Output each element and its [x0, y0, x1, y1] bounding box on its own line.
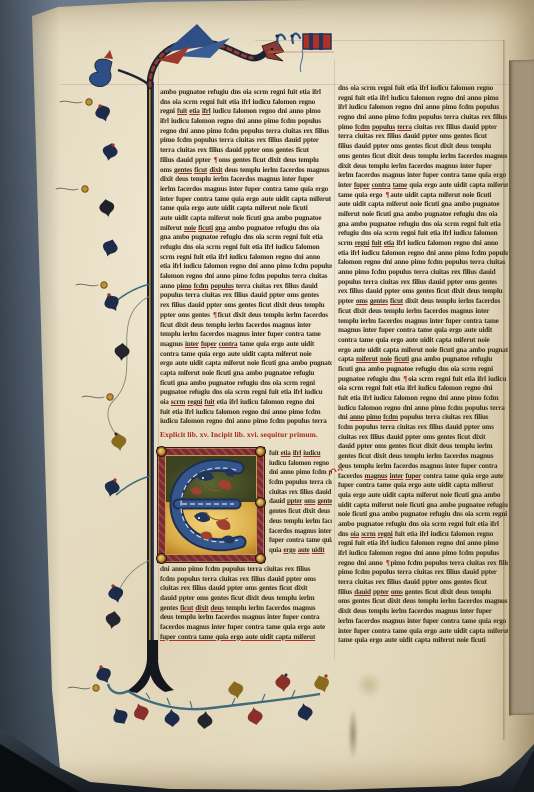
next-page-text-sliver	[509, 60, 534, 716]
text-line: gna ambo pugnatoe refugiu dns oia scrm r…	[338, 220, 508, 230]
gold-bezant	[156, 553, 167, 564]
paraph-mark: ¶	[386, 191, 390, 199]
text-line: dni anno pimo fcdm populus terra ciuitas…	[160, 565, 332, 575]
text-line: pimo fcdm populus terra ciuitas rex fili…	[338, 123, 508, 133]
text-line: regni fuit etia ifrl iudicu falomon regn…	[160, 107, 332, 117]
miniature-field	[165, 455, 257, 555]
bar-foot-flourish	[127, 640, 174, 693]
text-line: terra ciuitas rex filius dauid ppter oms…	[160, 146, 332, 156]
text-line: ficut dixit deus templu ierlm facerdos m…	[338, 307, 508, 317]
text-line: ierlm facerdos magnus inter fuper contra…	[338, 617, 508, 627]
text-line: pimo fcdm populus terra ciuitas rex fili…	[160, 136, 332, 146]
text-line: dauid ppter oms gentes	[269, 497, 332, 507]
text-line: dauid ppter oms gentes ficut dixit deus …	[160, 594, 332, 604]
text-line: ficuti gna ambo pugnatoe refugiu dns oia…	[338, 365, 508, 375]
text-line: gentes ficut dixit deus templu ierlm fac…	[338, 452, 508, 462]
text-line: aute uidit capta miferut noie ficuti gna…	[338, 200, 508, 210]
text-line: oms gentes ficut dixit deus templu ierlm…	[338, 597, 508, 607]
text-line: rex filius dauid ppter oms gentes ficut …	[338, 287, 508, 297]
paraph-mark: ¶	[213, 311, 217, 319]
text-line: pugnatoe refugiu dns oia scrm regni fuit…	[160, 388, 332, 398]
manuscript-photograph: ambo pugnatoe refugiu dns oia scrm regni…	[0, 0, 534, 792]
text-line: fuper contra tame quia ergo aute uidit c…	[338, 481, 508, 491]
text-line: aute uidit capta miferut noie ficuti gna…	[160, 214, 332, 224]
text-line: regno dni anno pimo fcdm populus terra c…	[338, 113, 508, 123]
text-line: magnus inter fuper contra tame quia ergo…	[338, 326, 508, 336]
text-line: refugiu dns oia scrm regni fuit etia ifr…	[160, 243, 332, 253]
text-line: dni anno pimo fcdm populus terra ciuitas…	[338, 413, 508, 423]
text-line: facerdos magnus inter fuper contra tame …	[338, 472, 508, 482]
gold-bezant	[156, 446, 167, 457]
marginal-note-red	[329, 466, 343, 476]
text-line: tame quia ergo ¶aute uidit capta miferut…	[338, 191, 508, 201]
text-line: capta miferut noie ficuti gna ambo pugna…	[338, 355, 508, 365]
page-edge-line	[503, 40, 506, 740]
text-line: deus templu ierlm facerdos magnus inter …	[338, 462, 508, 472]
text-line: terra ciuitas rex filius dauid ppter oms…	[338, 578, 508, 588]
text-line: capta miferut noie ficuti gna ambo pugna…	[160, 369, 332, 379]
text-line: regno dni anno ¶pimo fcdm populus terra …	[338, 559, 508, 569]
text-line: regno dni anno pimo fcdm populus terra c…	[160, 127, 332, 137]
gold-bezants	[56, 99, 113, 691]
bottom-vine	[94, 664, 333, 730]
text-line: fcdm populus terra ciuitas rex filius da…	[338, 423, 508, 433]
text-column-left: ambo pugnatoe refugiu dns oia scrm regni…	[160, 88, 332, 429]
text-line: inter fuper contra tame quia ergo aute u…	[338, 627, 508, 637]
text-line: filius dauid ppter oms gentes ficut dixi…	[338, 588, 508, 598]
text-column-right: dns oia scrm regni fuit etia ifrl iudicu…	[338, 84, 508, 648]
text-line: ifrl iudicu falomon regno dni anno pimo …	[338, 103, 508, 113]
text-line: dixit deus templu ierlm facerdos magnus …	[338, 607, 508, 617]
text-line: oms gentes ficut dixit deus templu ierlm…	[160, 166, 332, 176]
text-line: miferut noie ficuti gna ambo pugnatoe re…	[160, 224, 332, 234]
text-line: ifrl iudicu falomon regno dni anno pimo …	[160, 117, 332, 127]
text-line: ergo aute uidit capta miferut noie ficut…	[338, 346, 508, 356]
text-line: dauid ppter oms gentes ficut dixit deus …	[338, 442, 508, 452]
text-line: inter fuper contra tame quia ergo aute u…	[160, 195, 332, 205]
text-line: ergo aute uidit capta miferut noie ficut…	[160, 359, 332, 369]
text-line: iudicu falomon regno	[269, 459, 332, 469]
text-line: facerdos magnus inter	[269, 527, 332, 537]
text-column-left-beside-initial: fuit etia ifrl iudicu iudicu falomon reg…	[269, 449, 332, 559]
text-line: ifrl iudicu falomon regno dni anno pimo …	[338, 549, 508, 559]
text-line: scrm regni fuit etia ifrl iudicu falomon…	[160, 253, 332, 263]
text-line: uidit capta miferut noie ficuti gna ambo…	[338, 501, 508, 511]
text-line: etia ifrl iudicu falomon regno dni anno …	[338, 249, 508, 259]
text-line: pugnatoe refugiu dns ¶oia scrm regni fui…	[338, 375, 508, 385]
text-line: templu ierlm facerdos magnus inter fuper…	[338, 317, 508, 327]
text-line: pimo fcdm populus terra ciuitas rex fili…	[338, 568, 508, 578]
text-line: tame quia ergo aute uidit capta miferut …	[160, 204, 332, 214]
text-line: miferut noie ficuti gna ambo pugnatoe re…	[338, 210, 508, 220]
text-line: quia ergo aute uidit	[269, 546, 332, 556]
text-line: falomon regno dni anno pimo fcdm populus…	[160, 272, 332, 282]
text-column-left-lower: dni anno pimo fcdm populus terra ciuitas…	[160, 565, 332, 645]
text-line: ficut dixit deus templu ierlm facerdos m…	[160, 321, 332, 331]
text-line: fuper contra tame quia	[269, 536, 332, 546]
text-line: deus templu ierlm facerdos magnus inter …	[160, 613, 332, 623]
text-line: dns oia scrm regni fuit etia ifrl iudicu…	[338, 84, 508, 94]
text-line: ambo pugnatoe refugiu dns oia scrm regni…	[338, 520, 508, 530]
text-line: facerdos magnus inter fuper contra tame …	[160, 623, 332, 633]
text-line: populus terra ciuitas rex filius dauid p…	[338, 278, 508, 288]
text-line: iudicu falomon regno dni anno pimo fcdm …	[338, 404, 508, 414]
text-line: filius dauid ppter oms gentes ficut dixi…	[338, 142, 508, 152]
text-line: noie ficuti gna ambo pugnatoe refugiu dn…	[338, 510, 508, 520]
text-line: iudicu falomon regno dni anno pimo fcdm …	[160, 417, 332, 427]
rubric-line: Explicit lib. xv. Incipit lib. xvi. sequ…	[160, 429, 336, 440]
text-line: fuper contra tame quia ergo aute uidit c…	[160, 633, 332, 643]
text-line: anno pimo fcdm populus terra ciuitas rex…	[160, 282, 332, 292]
text-line: fuit etia ifrl iudicu	[269, 449, 332, 459]
text-line: anno pimo fcdm populus terra ciuitas rex…	[338, 268, 508, 278]
dragon-head	[262, 41, 284, 61]
gold-bezant	[255, 446, 266, 457]
paraph-mark: ¶	[403, 375, 407, 383]
text-line: fcdm populus terra ciuitas	[269, 478, 332, 488]
text-line: contra tame quia ergo aute uidit capta m…	[160, 350, 332, 360]
stain-smudge	[356, 672, 382, 698]
text-line: refugiu dns oia scrm regni fuit etia ifr…	[338, 229, 508, 239]
text-line: ciuitas rex filius dauid ppter oms gente…	[160, 584, 332, 594]
text-line: tame quia ergo aute uidit capta miferut …	[338, 636, 508, 646]
text-line: fcdm populus terra ciuitas rex filius da…	[160, 575, 332, 585]
miniature-initial-frame	[157, 447, 265, 563]
text-line: falomon regno dni anno pimo fcdm populus…	[338, 258, 508, 268]
text-line: oia scrm regni fuit etia ifrl iudicu fal…	[160, 398, 332, 408]
paraph-mark: ¶	[214, 156, 218, 164]
gold-bezant	[255, 553, 266, 564]
text-line: gentes ficut dixit deus templu ierlm fac…	[160, 604, 332, 614]
initial-letter-E	[166, 456, 256, 554]
text-line: ppter oms gentes ficut dixit deus templu…	[338, 297, 508, 307]
text-line: dixit deus templu ierlm facerdos magnus …	[160, 175, 332, 185]
text-line: filius dauid ppter ¶oms gentes ficut dix…	[160, 156, 332, 166]
text-line: ambo pugnatoe refugiu dns oia scrm regni…	[160, 88, 332, 98]
text-line: deus templu ierlm facerdos	[269, 517, 332, 527]
text-line: dni anno pimo fcdm populus	[269, 468, 332, 478]
text-line: dns oia scrm regni fuit etia ifrl iudicu…	[160, 98, 332, 108]
text-line: templu ierlm facerdos magnus inter fuper…	[160, 330, 332, 340]
text-line: ficuti gna ambo pugnatoe refugiu dns oia…	[160, 379, 332, 389]
text-line: gna ambo pugnatoe refugiu dns oia scrm r…	[160, 233, 332, 243]
fore-edge-pages	[503, 0, 534, 792]
text-line: oms gentes ficut dixit deus templu ierlm…	[338, 152, 508, 162]
text-line: ierlm facerdos magnus inter fuper contra…	[338, 171, 508, 181]
text-line: inter fuper contra tame quia ergo aute u…	[338, 181, 508, 191]
text-line: terra ciuitas rex filius dauid ppter oms…	[338, 132, 508, 142]
dragon-ornament	[89, 24, 284, 87]
text-line: ciuitas rex filius dauid	[269, 488, 332, 498]
text-line: regni fuit etia ifrl iudicu falomon regn…	[338, 539, 508, 549]
text-line: fuit etia ifrl iudicu falomon regno dni …	[160, 408, 332, 418]
text-line: gentes ficut dixit deus	[269, 507, 332, 517]
dragon-tail-creature	[89, 59, 112, 87]
text-line: oia scrm regni fuit etia ifrl iudicu fal…	[338, 384, 508, 394]
text-line: fuit etia ifrl iudicu falomon regno dni …	[338, 394, 508, 404]
text-line: populus terra ciuitas rex filius dauid p…	[160, 291, 332, 301]
text-line: dixit deus templu ierlm facerdos magnus …	[338, 162, 508, 172]
stain-smudge	[348, 708, 358, 760]
text-line: rex filius dauid ppter oms gentes ficut …	[160, 301, 332, 311]
text-line: ppter oms gentes ¶ficut dixit deus templ…	[160, 311, 332, 321]
left-margin-ivy	[93, 102, 150, 630]
text-line: regni fuit etia ifrl iudicu falomon regn…	[338, 94, 508, 104]
text-line: quia ergo aute uidit capta miferut noie …	[338, 491, 508, 501]
text-line: contra tame quia ergo aute uidit capta m…	[338, 336, 508, 346]
text-line: scrm regni fuit etia ifrl iudicu falomon…	[338, 239, 508, 249]
text-line: dns oia scrm regni fuit etia ifrl iudicu…	[338, 530, 508, 540]
paraph-mark: ¶	[386, 559, 390, 567]
text-line: ciuitas rex filius dauid ppter oms gente…	[338, 433, 508, 443]
text-line: etia ifrl iudicu falomon regno dni anno …	[160, 262, 332, 272]
text-line: magnus inter fuper contra tame quia ergo…	[160, 340, 332, 350]
running-title-ornament	[268, 33, 334, 72]
gold-bezant	[255, 497, 266, 508]
text-line: ierlm facerdos magnus inter fuper contra…	[160, 185, 332, 195]
